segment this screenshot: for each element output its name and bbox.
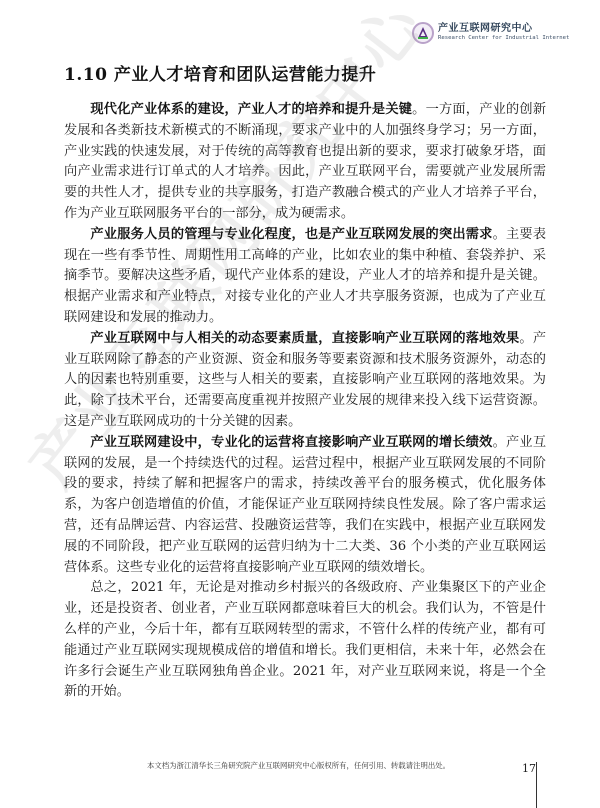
paragraph-body: 。一方面，产业的创新发展和各类新技术新模式的不断涌现，要求产业中的人加强终身学习…	[64, 102, 546, 221]
institute-emblem-icon	[412, 22, 434, 44]
page-number: 17	[522, 762, 536, 775]
paragraph-lead: 产业互联网中与人相关的动态要素质量，直接影响产业互联网的落地效果	[90, 331, 519, 346]
paragraph-body: 总之，2021 年，无论是对推动乡村振兴的各级政府、产业集聚区下的产业企业，还是…	[64, 580, 546, 699]
paragraph: 产业互联网中与人相关的动态要素质量，直接影响产业互联网的落地效果。产业互联网除了…	[64, 329, 546, 433]
paragraph: 总之，2021 年，无论是对推动乡村振兴的各级政府、产业集聚区下的产业企业，还是…	[64, 578, 546, 703]
header-logo: 产业互联网研究中心 Research Center for Industrial…	[412, 22, 569, 44]
paragraph-lead: 产业互联网建设中，专业化的运营将直接影响产业互联网的增长绩效	[90, 435, 492, 450]
paragraph-body: 。产业互联网的发展，是一个持续迭代的过程。运营过程中，根据产业互联网发展的不同阶…	[64, 435, 546, 575]
paragraph: 产业服务人员的管理与专业化程度，也是产业互联网发展的突出需求。主要表现在一些有季…	[64, 225, 546, 329]
page-divider-line	[536, 762, 537, 808]
logo-title-cn: 产业互联网研究中心	[438, 24, 569, 34]
paragraph-lead: 现代化产业体系的建设，产业人才的培养和提升是关键	[90, 102, 412, 117]
paragraph: 产业互联网建设中，专业化的运营将直接影响产业互联网的增长绩效。产业互联网的发展，…	[64, 433, 546, 579]
section-heading: 1.10 产业人才培育和团队运营能力提升	[64, 60, 376, 85]
footer-copyright: 本文档为浙江清华长三角研究院产业互联网研究中心版权所有，任何引用、转载请注明出处…	[147, 760, 450, 771]
logo-title-en: Research Center for Industrial Internet	[438, 36, 569, 42]
paragraph: 现代化产业体系的建设，产业人才的培养和提升是关键。一方面，产业的创新发展和各类新…	[64, 100, 546, 225]
paragraph-lead: 产业服务人员的管理与专业化程度，也是产业互联网发展的突出需求	[90, 227, 492, 242]
body-text: 现代化产业体系的建设，产业人才的培养和提升是关键。一方面，产业的创新发展和各类新…	[64, 100, 546, 703]
